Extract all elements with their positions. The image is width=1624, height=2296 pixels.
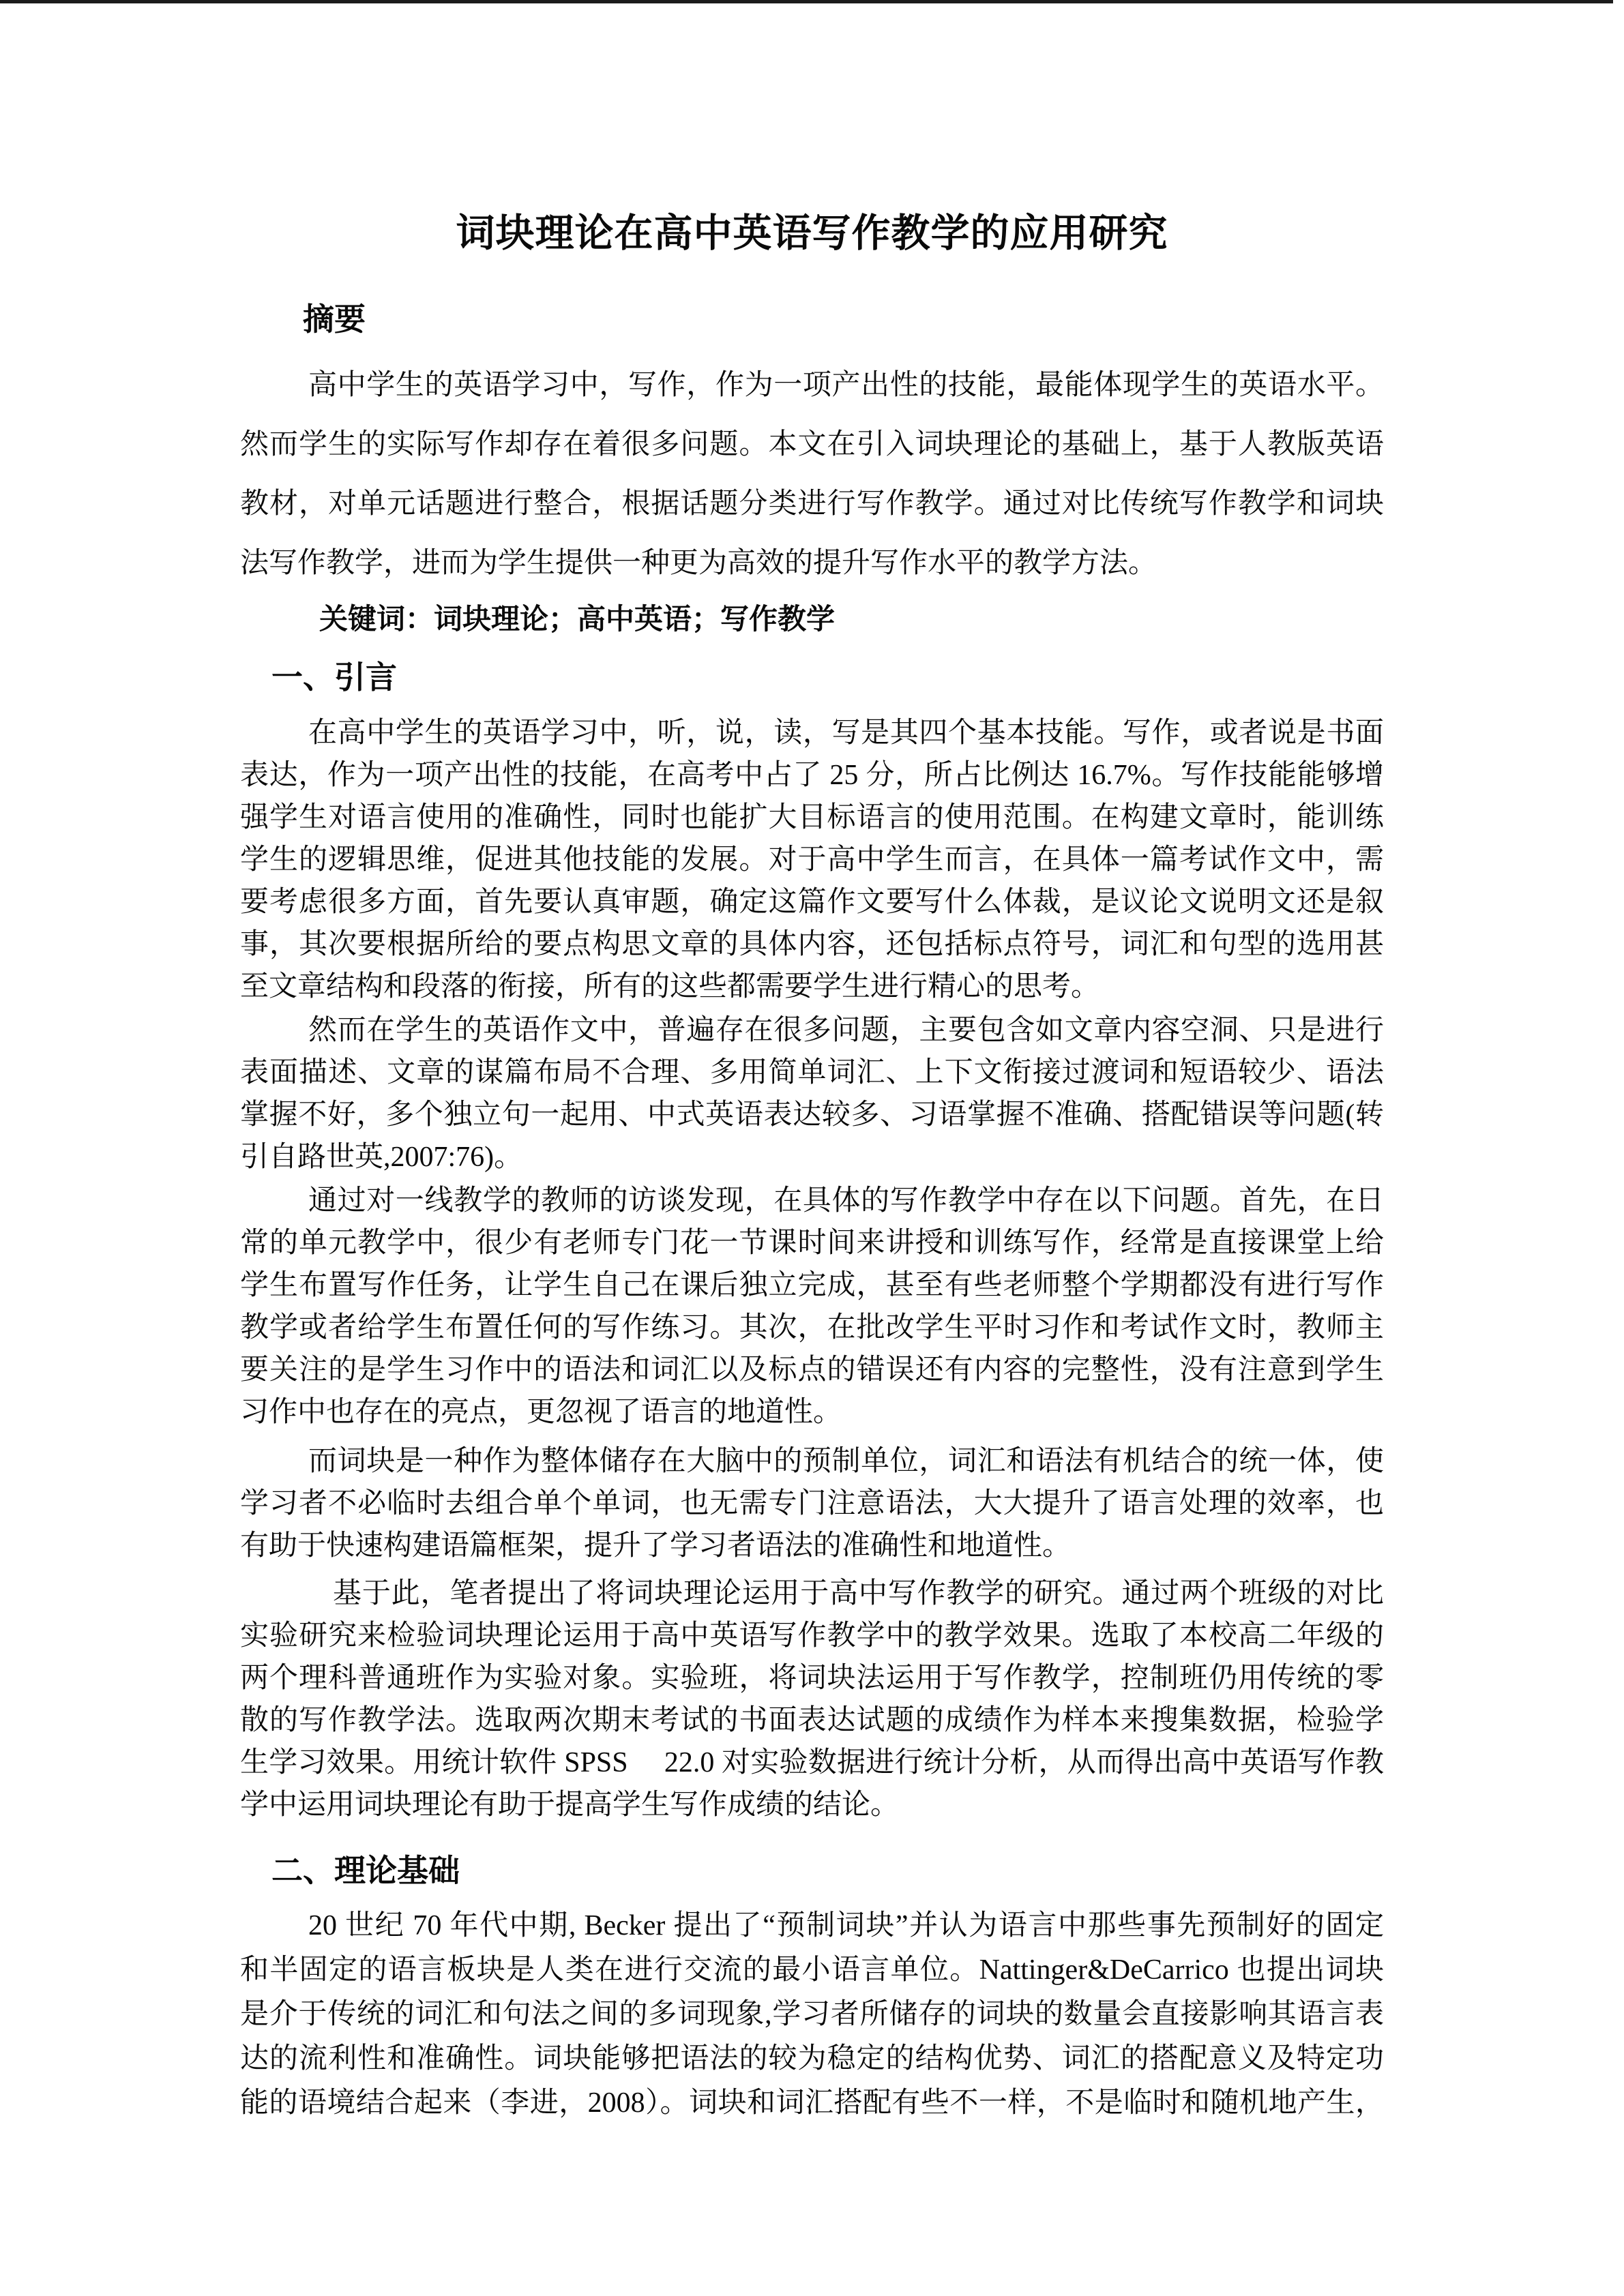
document-page: 词块理论在高中英语写作教学的应用研究 摘要 高中学生的英语学习中，写作，作为一项… <box>0 0 1624 2296</box>
text-line: 引自路世英,2007:76)。 <box>240 1136 1384 1178</box>
intro-paragraph-4: 而词块是一种作为整体储存在大脑中的预制单位，词汇和语法有机结合的统一体，使 学习… <box>240 1440 1384 1567</box>
text-line: 两个理科普通班作为实验对象。实验班，将词块法运用于写作教学，控制班仍用传统的零 <box>240 1657 1384 1699</box>
section-heading-theory: 二、理论基础 <box>240 1851 1384 1892</box>
page-content: 词块理论在高中英语写作教学的应用研究 摘要 高中学生的英语学习中，写作，作为一项… <box>240 0 1384 2126</box>
text-line: 达的流利性和准确性。词块能够把语法的较为稳定的结构优势、词汇的搭配意义及特定功 <box>240 2037 1384 2081</box>
abstract-line: 然而学生的实际写作却存在着很多问题。本文在引入词块理论的基础上，基于人教版英语 <box>240 415 1384 475</box>
intro-paragraph-2: 然而在学生的英语作文中，普遍存在很多问题，主要包含如文章内容空洞、只是进行 表面… <box>240 1009 1384 1178</box>
document-title: 词块理论在高中英语写作教学的应用研究 <box>240 213 1384 255</box>
abstract-line: 教材，对单元话题进行整合，根据话题分类进行写作教学。通过对比传统写作教学和词块 <box>240 475 1384 534</box>
abstract-line: 法写作教学，进而为学生提供一种更为高效的提升写作水平的教学方法。 <box>240 534 1384 593</box>
text-line: 散的写作教学法。选取两次期末考试的书面表达试题的成绩作为样本来搜集数据，检验学 <box>240 1699 1384 1742</box>
text-line: 强学生对语言使用的准确性，同时也能扩大目标语言的使用范围。在构建文章时，能训练 <box>240 796 1384 839</box>
text-line: 常的单元教学中，很少有老师专门花一节课时间来讲授和训练写作，经常是直接课堂上给 <box>240 1222 1384 1264</box>
text-line: 教学或者给学生布置任何的写作练习。其次，在批改学生平时习作和考试作文时，教师主 <box>240 1307 1384 1349</box>
text-line: 然而在学生的英语作文中，普遍存在很多问题，主要包含如文章内容空洞、只是进行 <box>240 1009 1384 1052</box>
abstract-paragraph: 高中学生的英语学习中，写作，作为一项产出性的技能，最能体现学生的英语水平。 然而… <box>240 356 1384 593</box>
abstract-line: 高中学生的英语学习中，写作，作为一项产出性的技能，最能体现学生的英语水平。 <box>240 356 1384 415</box>
text-line: 基于此，笔者提出了将词块理论运用于高中写作教学的研究。通过两个班级的对比 <box>240 1572 1384 1615</box>
text-line: 学生的逻辑思维，促进其他技能的发展。对于高中学生而言，在具体一篇考试作文中，需 <box>240 839 1384 881</box>
text-line: 要考虑很多方面，首先要认真审题，确定这篇作文要写什么体裁，是议论文说明文还是叙 <box>240 881 1384 923</box>
text-line: 表面描述、文章的谋篇布局不合理、多用简单词汇、上下文衔接过渡词和短语较少、语法 <box>240 1052 1384 1094</box>
intro-paragraph-5: 基于此，笔者提出了将词块理论运用于高中写作教学的研究。通过两个班级的对比 实验研… <box>240 1572 1384 1826</box>
text-line: 在高中学生的英语学习中，听，说，读，写是其四个基本技能。写作，或者说是书面 <box>240 712 1384 754</box>
theory-paragraph-1: 20 世纪 70 年代中期, Becker 提出了“预制词块”并认为语言中那些事… <box>240 1904 1384 2126</box>
text-line: 是介于传统的词汇和句法之间的多词现象,学习者所储存的词块的数量会直接影响其语言表 <box>240 1993 1384 2037</box>
intro-paragraph-1: 在高中学生的英语学习中，听，说，读，写是其四个基本技能。写作，或者说是书面 表达… <box>240 712 1384 1008</box>
keywords-line: 关键词：词块理论；高中英语；写作教学 <box>240 599 1384 641</box>
text-line: 生学习效果。用统计软件 SPSS 22.0 对实验数据进行统计分析，从而得出高中… <box>240 1742 1384 1784</box>
text-line: 和半固定的语言板块是人类在进行交流的最小语言单位。Nattinger&DeCar… <box>240 1948 1384 1993</box>
text-line: 学习者不必临时去组合单个单词，也无需专门注意语法，大大提升了语言处理的效率，也 <box>240 1482 1384 1525</box>
text-line: 实验研究来检验词块理论运用于高中英语写作教学中的教学效果。选取了本校高二年级的 <box>240 1615 1384 1657</box>
text-line: 要关注的是学生习作中的语法和词汇以及标点的错误还有内容的完整性，没有注意到学生 <box>240 1349 1384 1391</box>
text-line: 学中运用词块理论有助于提高学生写作成绩的结论。 <box>240 1784 1384 1826</box>
text-line: 能的语境结合起来（李进，2008）。词块和词汇搭配有些不一样，不是临时和随机地产… <box>240 2081 1384 2126</box>
text-line: 而词块是一种作为整体储存在大脑中的预制单位，词汇和语法有机结合的统一体，使 <box>240 1440 1384 1482</box>
text-line: 表达，作为一项产出性的技能，在高考中占了 25 分，所占比例达 16.7%。写作… <box>240 754 1384 796</box>
text-line: 事，其次要根据所给的要点构思文章的具体内容，还包括标点符号，词汇和句型的选用甚 <box>240 923 1384 966</box>
section-heading-introduction: 一、引言 <box>240 657 1384 698</box>
text-line: 学生布置写作任务，让学生自己在课后独立完成，甚至有些老师整个学期都没有进行写作 <box>240 1264 1384 1307</box>
abstract-heading: 摘要 <box>240 300 1384 340</box>
keywords-text: 词块理论；高中英语；写作教学 <box>434 604 835 636</box>
text-line: 至文章结构和段落的衔接，所有的这些都需要学生进行精心的思考。 <box>240 966 1384 1008</box>
text-line: 掌握不好，多个独立句一起用、中式英语表达较多、习语掌握不准确、搭配错误等问题(转 <box>240 1094 1384 1136</box>
text-line: 有助于快速构建语篇框架，提升了学习者语法的准确性和地道性。 <box>240 1525 1384 1567</box>
keywords-label: 关键词： <box>319 604 434 636</box>
intro-paragraph-3: 通过对一线教学的教师的访谈发现，在具体的写作教学中存在以下问题。首先，在日 常的… <box>240 1180 1384 1433</box>
text-line: 通过对一线教学的教师的访谈发现，在具体的写作教学中存在以下问题。首先，在日 <box>240 1180 1384 1222</box>
text-line: 习作中也存在的亮点，更忽视了语言的地道性。 <box>240 1391 1384 1433</box>
text-line: 20 世纪 70 年代中期, Becker 提出了“预制词块”并认为语言中那些事… <box>240 1904 1384 1948</box>
